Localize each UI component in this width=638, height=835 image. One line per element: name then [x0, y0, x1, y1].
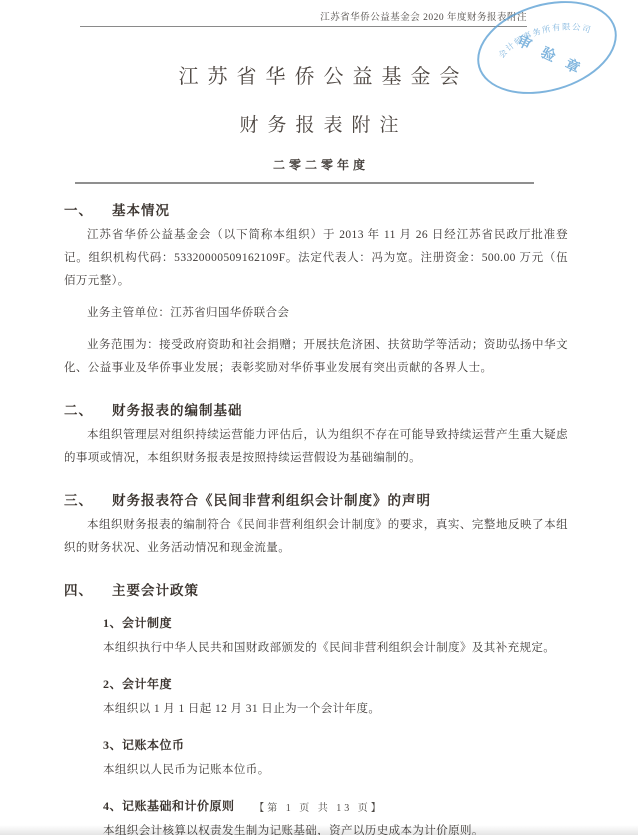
subsection-3-title: 记账本位币 [122, 738, 185, 752]
doc-year: 二零二零年度 [0, 156, 638, 173]
section-1-title: 基本情况 [112, 203, 170, 218]
subsection-1-title: 会计制度 [122, 616, 172, 630]
paragraph: 本组织以人民币为记账本位币。 [103, 759, 568, 782]
page-header: 江苏省华侨公益基金会 2020 年度财务报表附注 [80, 9, 527, 27]
page-number: 【第 1 页 共 13 页】 [0, 799, 638, 814]
paragraph: 本组织执行中华人民共和国财政部颁发的《民间非营利组织会计制度》及其补充规定。 [103, 637, 568, 660]
section-3-title: 财务报表符合《民间非营利组织会计制度》的声明 [112, 493, 431, 508]
subsection-3: 3、记账本位币 本组织以人民币为记账本位币。 [103, 736, 568, 782]
section-2-title: 财务报表的编制基础 [112, 403, 243, 418]
subsection-1: 1、会计制度 本组织执行中华人民共和国财政部颁发的《民间非营利组织会计制度》及其… [103, 614, 568, 660]
subsection-2-heading: 2、会计年度 [103, 675, 568, 692]
section-4-heading: 四、主要会计政策 [64, 579, 568, 599]
paragraph: 本组织管理层对组织持续运营能力评估后，认为组织不存在可能导致持续运营产生重大疑虑… [64, 424, 568, 470]
paragraph: 业务主管单位：江苏省归国华侨联合会 [64, 302, 568, 325]
title-divider [75, 182, 534, 184]
document-page: 江苏省华侨公益基金会 2020 年度财务报表附注 会计师事务所有限公司 审 验 … [0, 0, 638, 835]
subsection-3-number: 3、 [103, 738, 122, 752]
section-1-heading: 一、基本情况 [64, 199, 568, 219]
section-2-heading: 二、财务报表的编制基础 [64, 399, 568, 419]
subsection-1-number: 1、 [103, 616, 122, 630]
subsection-1-heading: 1、会计制度 [103, 614, 568, 631]
section-1-number: 一、 [64, 199, 112, 219]
stamp-center-text: 审 验 章 [514, 31, 587, 79]
paragraph: 本组织以 1 月 1 日起 12 月 31 日止为一个会计年度。 [103, 698, 568, 721]
section-3-number: 三、 [64, 489, 112, 509]
doc-subtitle: 财务报表附注 [0, 110, 638, 137]
section-4-title: 主要会计政策 [112, 583, 199, 598]
paragraph: 本组织财务报表的编制符合《民间非营利组织会计制度》的要求，真实、完整地反映了本组… [64, 514, 568, 560]
paragraph: 本组织会计核算以权责发生制为记账基础，资产以历史成本为计价原则。 [103, 820, 568, 835]
paragraph: 江苏省华侨公益基金会（以下简称本组织）于 2013 年 11 月 26 日经江苏… [64, 224, 568, 293]
paragraph: 业务范围为：接受政府资助和社会捐赠；开展扶危济困、扶贫助学等活动；资助弘扬中华文… [64, 334, 568, 380]
section-3-heading: 三、财务报表符合《民间非营利组织会计制度》的声明 [64, 489, 568, 509]
subsection-3-heading: 3、记账本位币 [103, 736, 568, 753]
section-4-number: 四、 [64, 579, 112, 599]
subsection-2-number: 2、 [103, 677, 122, 691]
section-2-number: 二、 [64, 399, 112, 419]
doc-body: 一、基本情况 江苏省华侨公益基金会（以下简称本组织）于 2013 年 11 月 … [64, 199, 568, 835]
audit-stamp-icon: 会计师事务所有限公司 审 验 章 [472, 0, 622, 104]
subsection-2: 2、会计年度 本组织以 1 月 1 日起 12 月 31 日止为一个会计年度。 [103, 675, 568, 721]
subsection-2-title: 会计年度 [122, 677, 172, 691]
